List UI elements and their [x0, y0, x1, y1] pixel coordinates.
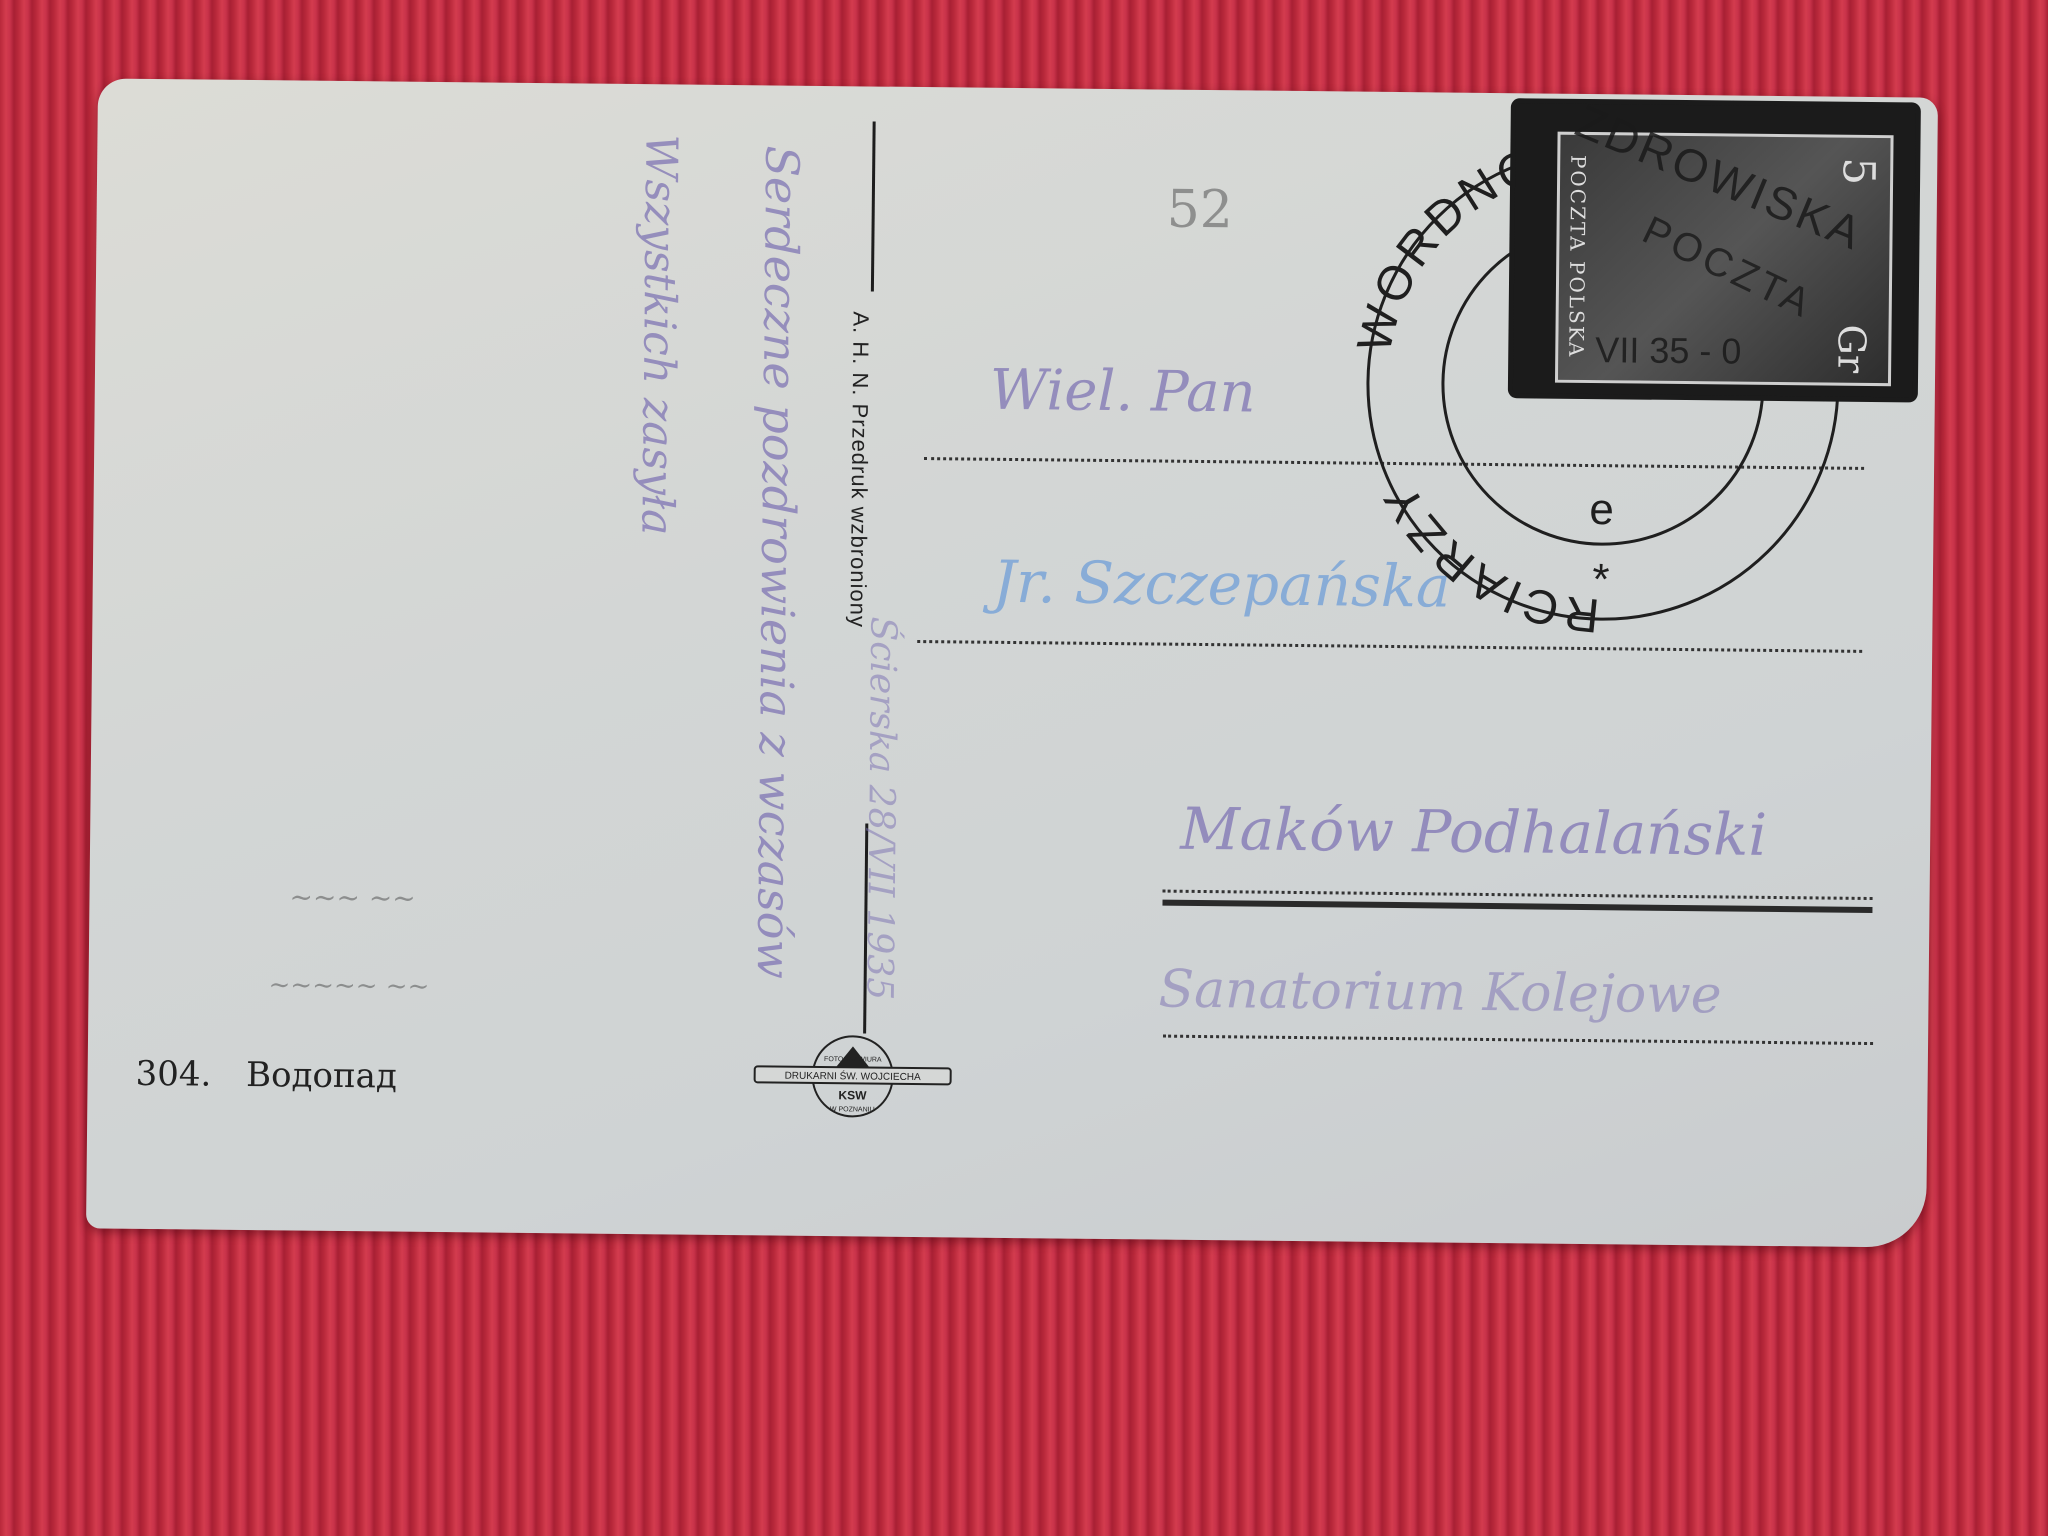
address-text-4: Sanatorium Kolejowe	[1158, 960, 1722, 1026]
address-line-3	[1163, 890, 1873, 900]
stamp-denomination: 5	[1833, 157, 1884, 186]
printer-bottom-text: W POZNANIU	[830, 1106, 875, 1113]
postmark-outer-right: RCIARZY	[1371, 472, 1603, 642]
address-text-3: Maków Podhalański	[1180, 795, 1767, 869]
postmark-star: *	[1592, 555, 1610, 604]
address-text-1: Wiel. Pan	[990, 358, 1256, 426]
printer-top-text: FOTOGRAWIURA	[824, 1056, 882, 1064]
svg-text:RCIARZY: RCIARZY	[1371, 472, 1603, 642]
pencil-scribble: ~~~~~ ~~	[268, 970, 429, 1002]
pencil-note: 52	[1166, 180, 1233, 241]
caption-number: 304.	[135, 1054, 211, 1095]
printer-logo: DRUKARNI ŚW. WOJCIECHA KSW FOTOGRAWIURA …	[752, 1030, 953, 1122]
stamp-country: POCZTA POLSKA	[1564, 155, 1590, 359]
postmark-letter: e	[1589, 485, 1614, 534]
caption: 304. Водопад	[135, 1054, 397, 1097]
address-line-4	[1163, 1035, 1873, 1045]
message-line-3: Ścierska 28/VII 1935	[858, 616, 903, 1000]
publisher-line: A. H. N. Przedruk wzbroniony	[844, 311, 873, 628]
message-line-1: Serdeczne pozdrowienia z wczasów	[747, 145, 810, 979]
pencil-scribble: ~~~ ~~	[289, 880, 416, 914]
address-underline	[1162, 900, 1872, 913]
stamp-currency: Gr	[1830, 324, 1875, 373]
message-line-2: Wszystkich zasyła	[631, 134, 686, 536]
caption-title: Водопад	[246, 1055, 397, 1097]
postcard: A. H. N. Przedruk wzbroniony Serdeczne p…	[86, 78, 1938, 1247]
postmark-date: VII 35 - 0	[1595, 329, 1742, 373]
printer-center-text: KSW	[838, 1088, 867, 1102]
